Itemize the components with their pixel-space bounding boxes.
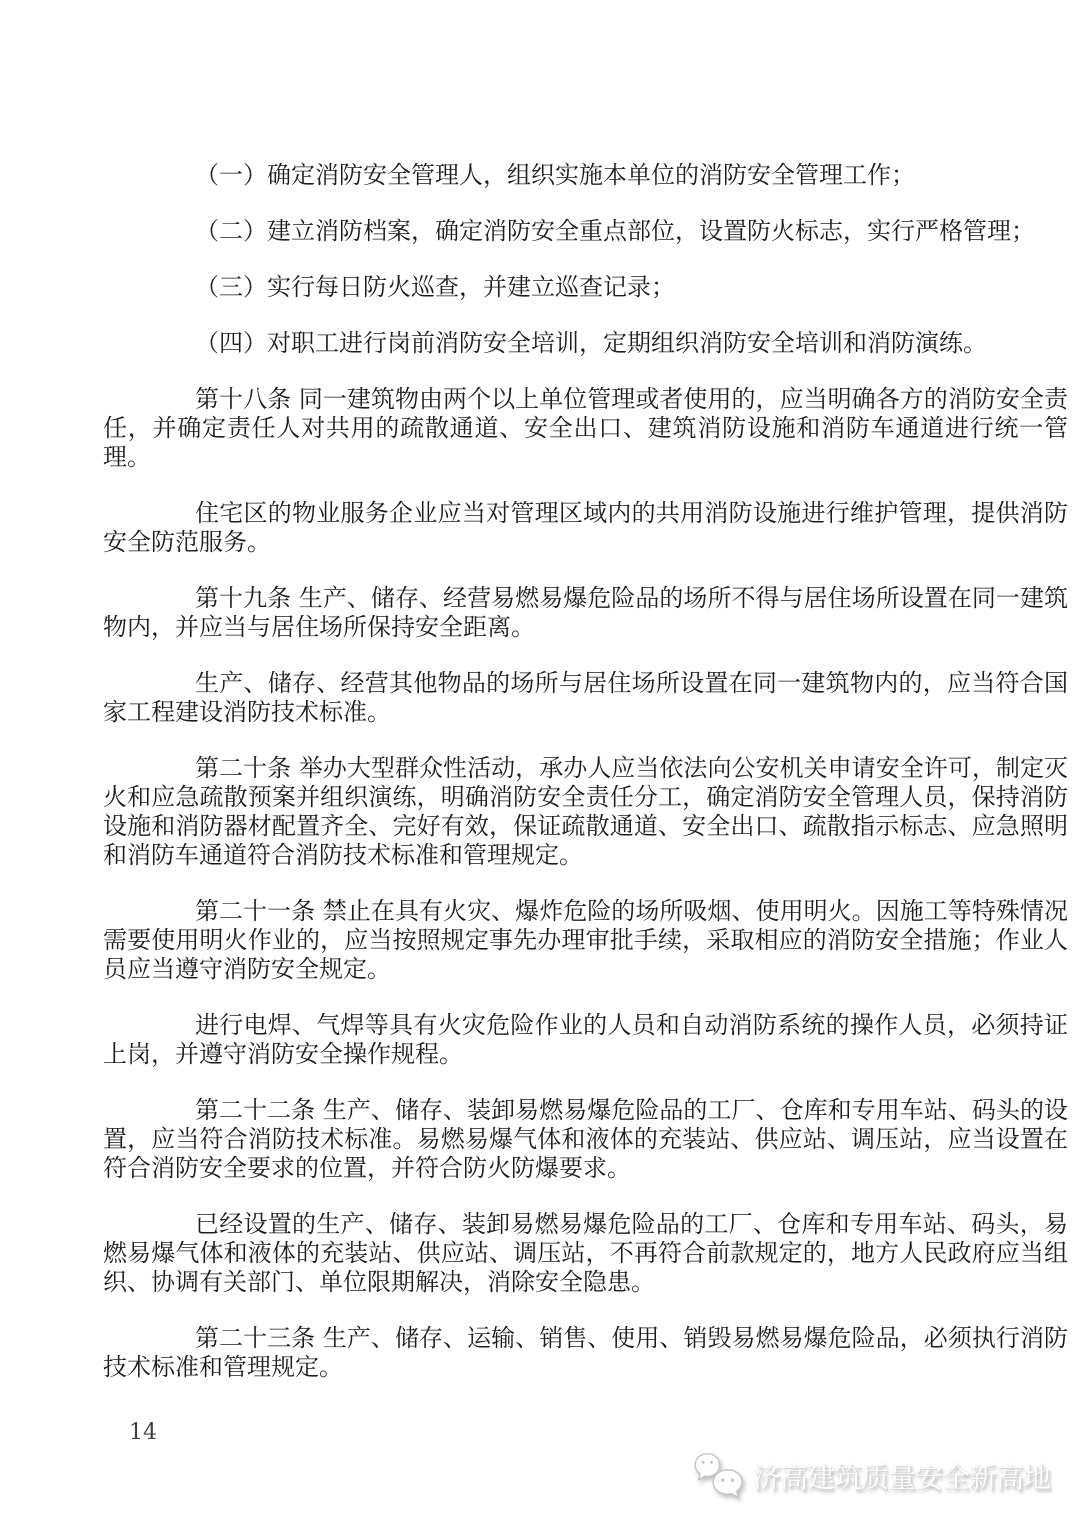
para-article-22-1: 第二十二条 生产、储存、装卸易燃易爆危险品的工厂、仓库和专用车站、码头的设置，应… [103, 1096, 1068, 1183]
para-article-18-2: 住宅区的物业服务企业应当对管理区域内的共用消防设施进行维护管理，提供消防安全防范… [103, 499, 1068, 557]
para-article-21-2: 进行电焊、气焊等具有火灾危险作业的人员和自动消防系统的操作人员，必须持证上岗，并… [103, 1011, 1068, 1069]
para-article-20: 第二十条 举办大型群众性活动，承办人应当依法向公安机关申请安全许可，制定灭火和应… [103, 754, 1068, 870]
list-item-1: （一）确定消防安全管理人，组织实施本单位的消防安全管理工作； [103, 161, 1068, 190]
para-article-22-2: 已经设置的生产、储存、装卸易燃易爆危险品的工厂、仓库和专用车站、码头，易燃易爆气… [103, 1210, 1068, 1297]
document-body: （一）确定消防安全管理人，组织实施本单位的消防安全管理工作； （二）建立消防档案… [103, 161, 1068, 1409]
page-number: 14 [129, 1420, 157, 1445]
para-article-23: 第二十三条 生产、储存、运输、销售、使用、销毁易燃易爆危险品，必须执行消防技术标… [103, 1324, 1068, 1382]
watermark: 济高建筑质量安全新高地 [693, 1450, 1050, 1506]
para-article-19-2: 生产、储存、经营其他物品的场所与居住场所设置在同一建筑物内的，应当符合国家工程建… [103, 669, 1068, 727]
list-item-3: （三）实行每日防火巡查，并建立巡查记录； [103, 273, 1068, 302]
para-article-21-1: 第二十一条 禁止在具有火灾、爆炸危险的场所吸烟、使用明火。因施工等特殊情况需要使… [103, 897, 1068, 984]
watermark-text: 济高建筑质量安全新高地 [753, 1450, 1050, 1506]
para-article-18-1: 第十八条 同一建筑物由两个以上单位管理或者使用的，应当明确各方的消防安全责任，并… [103, 385, 1068, 472]
document-page: （一）确定消防安全管理人，组织实施本单位的消防安全管理工作； （二）建立消防档案… [0, 0, 1080, 1527]
para-article-19-1: 第十九条 生产、储存、经营易燃易爆危险品的场所不得与居住场所设置在同一建筑物内，… [103, 584, 1068, 642]
list-item-4: （四）对职工进行岗前消防安全培训，定期组织消防安全培训和消防演练。 [103, 329, 1068, 358]
list-item-2: （二）建立消防档案，确定消防安全重点部位，设置防火标志，实行严格管理； [103, 217, 1068, 246]
wechat-icon [693, 1450, 747, 1506]
